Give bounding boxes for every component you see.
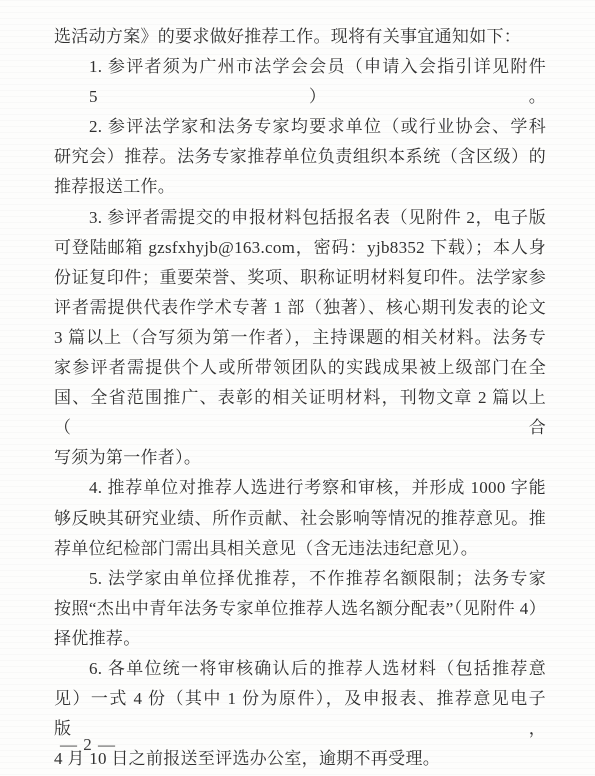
scanned-document-page: 选活动方案》的要求做好推荐工作。现将有关事宜通知如下：1. 参评者须为广州市法学… xyxy=(0,0,595,776)
text-line: 1. 参评者须为广州市法学会会员（申请入会指引详见附件 5）。 xyxy=(54,52,546,112)
document-lines: 选活动方案》的要求做好推荐工作。现将有关事宜通知如下：1. 参评者须为广州市法学… xyxy=(54,22,546,774)
text-line: 写须为第一作者）。 xyxy=(54,443,546,473)
text-line: 选活动方案》的要求做好推荐工作。现将有关事宜通知如下： xyxy=(54,22,546,52)
text-line: 6. 各单位统一将审核确认后的推荐人选材料（包括推荐意 xyxy=(54,654,546,684)
text-line: 4. 推荐单位对推荐人选进行考察和审核，并形成 1000 字能 xyxy=(54,473,546,503)
text-line: 3. 参评者需提交的申报材料包括报名表（见附件 2，电子版 xyxy=(54,203,546,233)
text-line: 荐单位纪检部门需出具相关意见（含无违法违纪意见）。 xyxy=(54,534,546,564)
text-line: 份证复印件；重要荣誉、奖项、职称证明材料复印件。法学家参 xyxy=(54,263,546,293)
text-line: 按照“杰出中青年法务专家单位推荐人选名额分配表”（见附件 4） xyxy=(54,594,546,624)
text-line: 家参评者需提供个人或所带领团队的实践成果被上级部门在全 xyxy=(54,353,546,383)
text-line: 3 篇以上（合写须为第一作者），主持课题的相关材料。法务专 xyxy=(54,323,546,353)
text-line: 推荐报送工作。 xyxy=(54,172,546,202)
page-number: — 2 — xyxy=(60,733,116,757)
text-line: 5. 法学家由单位择优推荐，不作推荐名额限制；法务专家 xyxy=(54,564,546,594)
text-line: 研究会）推荐。法务专家推荐单位负责组织本系统（含区级）的 xyxy=(54,142,546,172)
text-line: 可登陆邮箱 gzsfxhyjb@163.com，密码：yjb8352 下载）；本… xyxy=(54,233,546,263)
text-line: 见）一式 4 份（其中 1 份为原件），及申报表、推荐意见电子版， xyxy=(54,684,546,744)
text-line: 够反映其研究业绩、所作贡献、社会影响等情况的推荐意见。推 xyxy=(54,504,546,534)
text-line: 4 月 10 日之前报送至评选办公室，逾期不再受理。 xyxy=(54,744,546,774)
text-line: 择优推荐。 xyxy=(54,624,546,654)
text-line: 评者需提供代表作学术专著 1 部（独著）、核心期刊发表的论文 xyxy=(54,293,546,323)
text-line: 2. 参评法学家和法务专家均要求单位（或行业协会、学科 xyxy=(54,112,546,142)
text-line: 国、全省范围推广、表彰的相关证明材料，刊物文章 2 篇以上（合 xyxy=(54,383,546,443)
